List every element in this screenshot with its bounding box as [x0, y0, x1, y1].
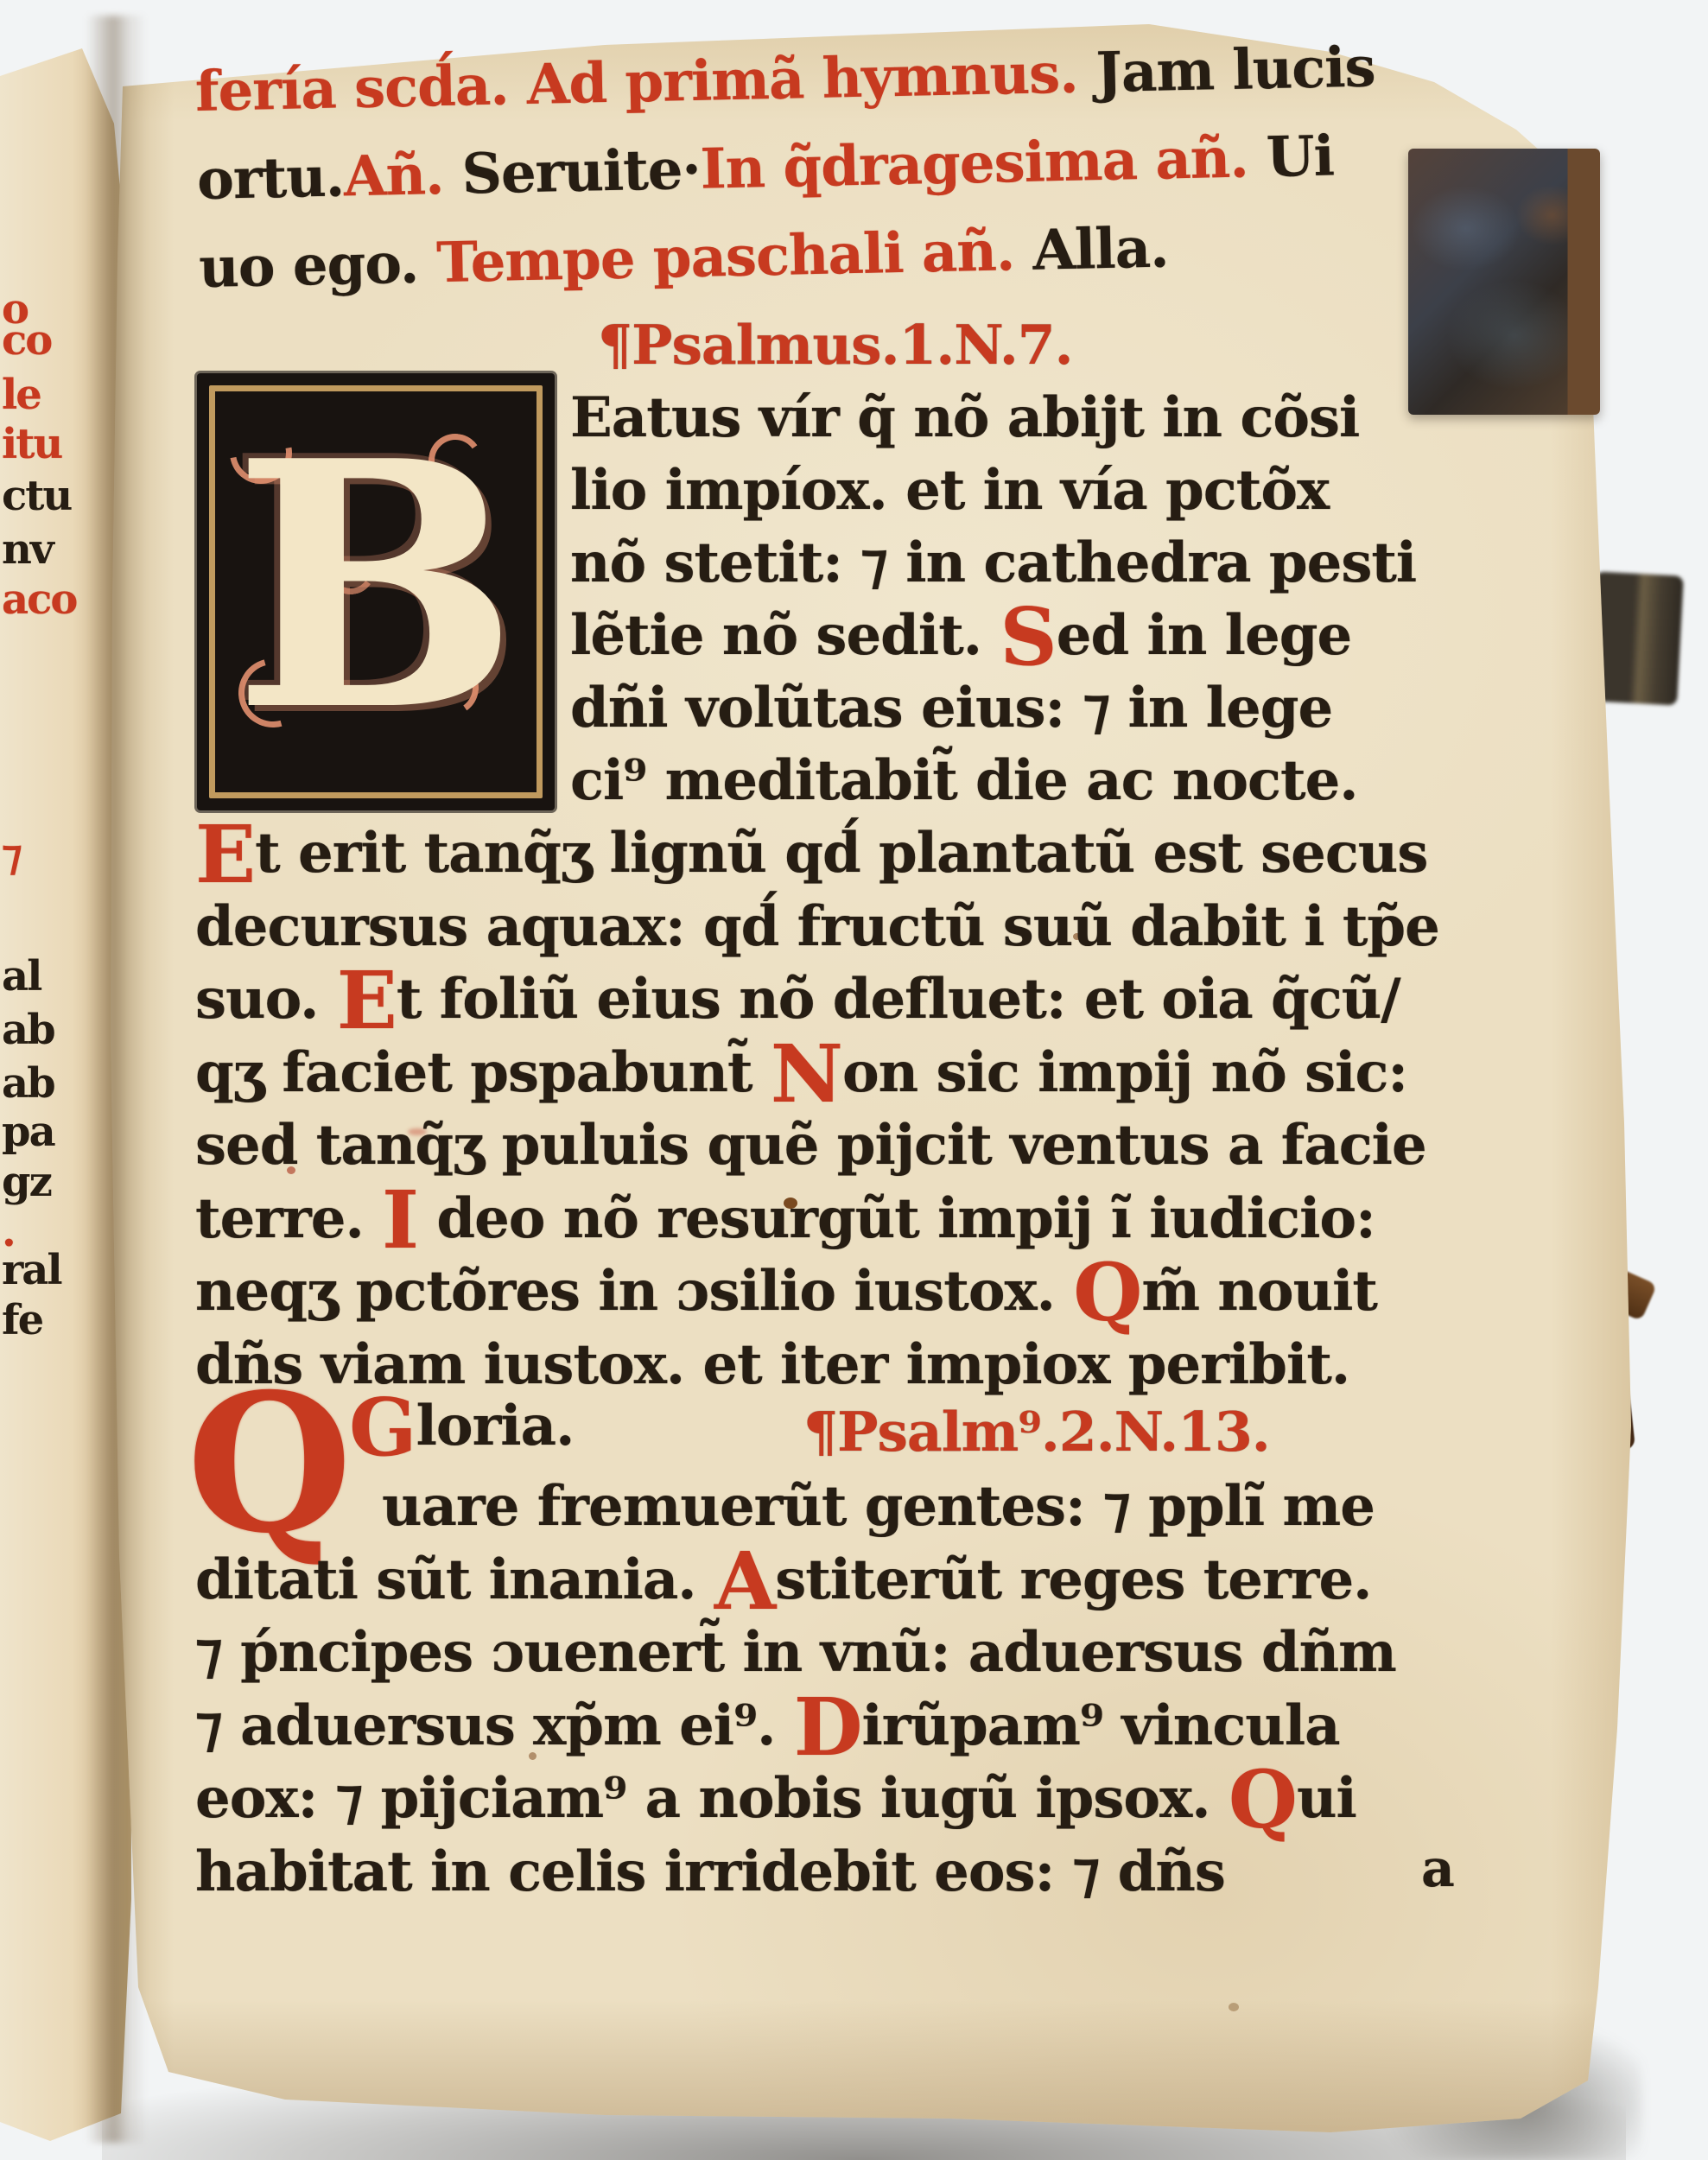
text-line: neqʒ pctõres in ɔsilio iustox. Qm̃ nouit — [195, 1255, 1474, 1329]
text-segment: E — [195, 808, 255, 901]
text-segment: neqʒ pctõres in ɔsilio iustox. — [195, 1259, 1073, 1324]
text-segment: deo nõ resurgũt impij ĩ iudicio: — [418, 1186, 1375, 1251]
text-segment: ditati sũt inania. — [195, 1547, 714, 1612]
text-segment: S — [1000, 590, 1056, 683]
text-line: lẽtie nõ sedit. Sed in lege — [570, 600, 1469, 672]
text-line: dñi volũtas eius: ⁊ in lege — [570, 672, 1469, 745]
text-segment: ⁊ ṕncipes ɔuenert̃ in vnũ: aduersus dñm — [195, 1620, 1396, 1685]
text-segment: eox: ⁊ pijciam⁹ a nobis iugũ ipsox. — [195, 1766, 1229, 1831]
edge-text-fragment: gz — [2, 1161, 51, 1203]
text-line: ⁊ ṕncipes ɔuenert̃ in vnũ: aduersus dñm — [195, 1617, 1474, 1690]
text-segment: In q̃dragesima añ. — [700, 125, 1248, 201]
edge-text-fragment: fe — [2, 1299, 42, 1341]
text-segment: lẽtie nõ sedit. — [570, 603, 1000, 668]
psalm1-text-full-width: Et erit tanq̃ʒ lignũ qd́ plantatũ est se… — [195, 817, 1474, 1401]
text-segment: sed tanq̃ʒ puluis quẽ pijcit ventus a fa… — [195, 1113, 1426, 1178]
text-segment: Q — [1229, 1753, 1297, 1846]
text-line: uare fremuerũt gentes: ⁊ pplĩ me — [195, 1471, 1474, 1544]
text-segment: suo. — [195, 967, 337, 1032]
foxing-spot — [1229, 2003, 1239, 2011]
text-line: qʒ faciet pspabunt̃ Non sic impij nõ sic… — [195, 1037, 1474, 1110]
psalm1-caption: ¶Psalmus.1.N.7. — [598, 313, 1073, 377]
text-segment: habitat in celis irridebit eos: ⁊ dñs — [195, 1839, 1225, 1904]
text-segment: D — [794, 1680, 862, 1773]
text-segment: irũpam⁹ vincula — [861, 1693, 1339, 1758]
text-segment: ci⁹ meditabit̃ die ac nocte. — [570, 748, 1358, 813]
text-segment: Añ. — [343, 143, 444, 209]
text-line: lio impíox. et in vía pctõx — [570, 454, 1469, 527]
text-segment: A — [714, 1534, 775, 1627]
text-segment: m̃ nouit — [1141, 1259, 1377, 1324]
edge-text-fragment: co — [2, 320, 51, 361]
text-segment: loria. — [416, 1394, 575, 1458]
text-line: habitat in celis irridebit eos: ⁊ dñs — [195, 1836, 1474, 1909]
psalm2-caption: ¶Psalm⁹.2.N.13. — [803, 1400, 1270, 1464]
text-segment: uo ego. — [199, 232, 419, 301]
edge-text-fragment: pa — [2, 1111, 54, 1153]
text-segment: lio impíox. et in vía pctõx — [570, 458, 1329, 523]
text-segment: Seruite· — [443, 137, 702, 207]
text-line: suo. Et foliũ eius nõ defluet: et oia q̃… — [195, 963, 1474, 1037]
edge-text-fragment: itu — [2, 423, 61, 465]
edge-text-fragment: al — [2, 956, 41, 997]
text-line: Et erit tanq̃ʒ lignũ qd́ plantatũ est se… — [195, 817, 1474, 891]
psalm1-text-beside-initial: Eatus vír q̃ nõ abijt in cõsilio impíox.… — [570, 382, 1469, 817]
text-segment: uare fremuerũt gentes: ⁊ pplĩ me — [382, 1474, 1375, 1539]
text-line: decursus aquax: qd́ fructũ suũ dabit i t… — [195, 891, 1474, 964]
text-segment: fería scd́a. Ad primã hymnus. — [194, 41, 1078, 124]
text-segment: ⁊ aduersus xp̃m ei⁹. — [195, 1693, 794, 1758]
text-line: ci⁹ meditabit̃ die ac nocte. — [570, 745, 1469, 817]
text-segment: Ui — [1248, 124, 1335, 190]
edge-text-fragment: aco — [2, 579, 76, 620]
text-segment: I — [382, 1172, 418, 1266]
edge-text-fragment: ab — [2, 1009, 54, 1051]
text-line: Gloria. — [349, 1382, 574, 1471]
edge-text-fragment: ⁊ — [2, 835, 21, 876]
gloria-word: Gloria. — [349, 1382, 574, 1471]
text-segment: Q — [1073, 1246, 1141, 1339]
edge-text-fragment: nv — [2, 529, 53, 570]
header-rubric: fería scd́a. Ad primã hymnus. Jam luciso… — [194, 22, 1478, 313]
text-segment: stiterũt reges terre. — [775, 1547, 1371, 1612]
text-segment: nõ stetit: ⁊ in cathedra pesti — [570, 530, 1416, 595]
edge-text-fragment: ral — [2, 1249, 61, 1291]
text-line: terre. I deo nõ resurgũt impij ĩ iudicio… — [195, 1183, 1474, 1256]
text-segment: ortu. — [196, 144, 344, 213]
text-segment: Eatus vír q̃ nõ abijt in cõsi — [570, 385, 1359, 450]
text-line: ⁊ aduersus xp̃m ei⁹. Dirũpam⁹ vincula — [195, 1690, 1474, 1763]
text-segment: qʒ faciet pspabunt̃ — [195, 1040, 771, 1105]
text-line: sed tanq̃ʒ puluis quẽ pijcit ventus a fa… — [195, 1109, 1474, 1183]
metal-clasp — [1408, 149, 1600, 415]
text-segment: t foliũ eius nõ defluet: et oia q̃cũ/ — [397, 967, 1400, 1032]
text-segment: ui — [1297, 1766, 1356, 1831]
text-segment: E — [337, 954, 397, 1047]
edge-text-fragment: ab — [2, 1063, 54, 1104]
photo-background: { "colors":{ "background":"#f2f4f5","pag… — [0, 0, 1708, 2160]
initial-b-letter: B — [197, 392, 555, 781]
text-segment: dñi volũtas eius: ⁊ in lege — [570, 676, 1332, 740]
text-line: Eatus vír q̃ nõ abijt in cõsi — [570, 382, 1469, 454]
text-segment: terre. — [195, 1186, 382, 1251]
text-segment: Tempe paschali añ. — [417, 219, 1015, 295]
psalm2-text: uare fremuerũt gentes: ⁊ pplĩ meditati s… — [195, 1471, 1474, 1909]
text-segment: on sic impij nõ sic: — [842, 1040, 1407, 1105]
text-segment: G — [349, 1381, 416, 1474]
text-segment: Jam lucis — [1077, 35, 1376, 105]
edge-text-fragment: le — [2, 374, 41, 416]
text-segment: ed in lege — [1057, 603, 1351, 668]
text-line: eox: ⁊ pijciam⁹ a nobis iugũ ipsox. Qui — [195, 1763, 1474, 1836]
text-segment: N — [771, 1026, 842, 1120]
edge-text-fragment: ctu — [2, 475, 71, 517]
text-segment: Alla. — [1013, 215, 1169, 283]
text-line: ditati sũt inania. Astiterũt reges terre… — [195, 1544, 1474, 1617]
decorated-initial-b: B — [197, 373, 555, 810]
text-line: nõ stetit: ⁊ in cathedra pesti — [570, 527, 1469, 600]
text-segment: t erit tanq̃ʒ lignũ qd́ plantatũ est sec… — [255, 821, 1427, 886]
catchword: a — [1421, 1839, 1454, 1899]
text-segment: decursus aquax: qd́ fructũ suũ dabit i t… — [195, 894, 1439, 959]
